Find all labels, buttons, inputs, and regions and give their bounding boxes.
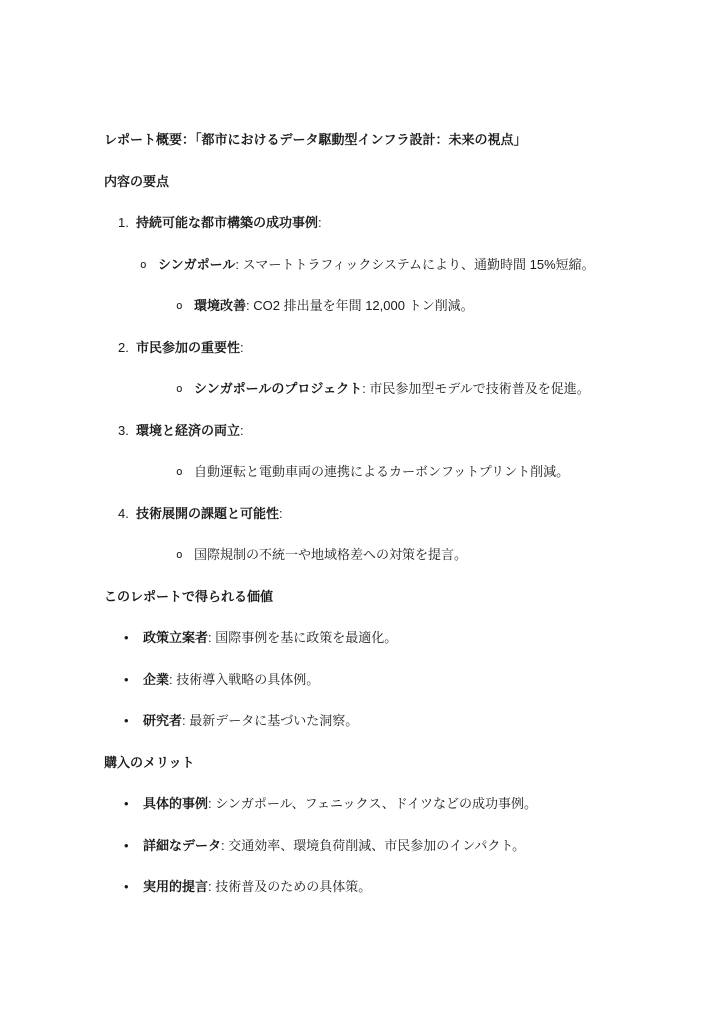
section-heading-value: このレポートで得られる価値 xyxy=(0,588,724,606)
circle-bullet-icon: o xyxy=(176,297,183,315)
dot-bullet-icon: • xyxy=(124,795,129,813)
list-number: 4. xyxy=(118,505,129,523)
list-number: 3. xyxy=(118,422,129,440)
sub-bullet-item: o 環境改善: CO2 排出量を年間 12,000 トン削減。 xyxy=(0,297,724,315)
sub-bullet-item: o 自動運転と電動車両の連携によるカーボンフットプリント削減。 xyxy=(0,463,724,481)
bullet-item-text: 詳細なデータ: 交通効率、環境負荷削減、市民参加のインパクト。 xyxy=(143,837,525,855)
bullet-item: • 政策立案者: 国際事例を基に政策を最適化。 xyxy=(0,629,724,647)
numbered-item-text: 市民参加の重要性: xyxy=(136,339,244,357)
bullet-item-text: 政策立案者: 国際事例を基に政策を最適化。 xyxy=(143,629,397,647)
bullet-item-text: 研究者: 最新データに基づいた洞察。 xyxy=(143,712,358,730)
sub-bullet-text: 自動運転と電動車両の連携によるカーボンフットプリント削減。 xyxy=(194,463,569,481)
list-number: 1. xyxy=(118,214,129,232)
circle-bullet-icon: o xyxy=(176,380,183,398)
bullet-item-text: 企業: 技術導入戦略の具体例。 xyxy=(143,671,319,689)
dot-bullet-icon: • xyxy=(124,629,129,647)
numbered-item-text: 持続可能な都市構築の成功事例: xyxy=(136,214,322,232)
dot-bullet-icon: • xyxy=(124,712,129,730)
dot-bullet-icon: • xyxy=(124,671,129,689)
circle-bullet-icon: o xyxy=(140,256,147,274)
doc-title-text: レポート概要：「都市におけるデータ駆動型インフラ設計：未来の視点」 xyxy=(104,131,527,149)
section-heading-contents: 内容の要点 xyxy=(0,173,724,191)
bullet-item: • 詳細なデータ: 交通効率、環境負荷削減、市民参加のインパクト。 xyxy=(0,837,724,855)
dot-bullet-icon: • xyxy=(124,837,129,855)
numbered-item-text: 環境と経済の両立: xyxy=(136,422,244,440)
list-number: 2. xyxy=(118,339,129,357)
sub-bullet-text: 環境改善: CO2 排出量を年間 12,000 トン削減。 xyxy=(194,297,474,315)
numbered-item-3: 3. 環境と経済の両立: xyxy=(0,422,724,440)
bullet-item: • 具体的事例: シンガポール、フェニックス、ドイツなどの成功事例。 xyxy=(0,795,724,813)
bullet-item-text: 具体的事例: シンガポール、フェニックス、ドイツなどの成功事例。 xyxy=(143,795,537,813)
sub-bullet-item: o 国際規制の不統一や地域格差への対策を提言。 xyxy=(0,546,724,564)
doc-title: レポート概要：「都市におけるデータ駆動型インフラ設計：未来の視点」 xyxy=(0,131,724,149)
section-heading-merits: 購入のメリット xyxy=(0,754,724,772)
bullet-item-text: 実用的提言: 技術普及のための具体策。 xyxy=(143,878,371,896)
document-page: レポート概要：「都市におけるデータ駆動型インフラ設計：未来の視点」 内容の要点 … xyxy=(0,0,724,1024)
sub-bullet-text: シンガポール: スマートトラフィックシステムにより、通勤時間 15%短縮。 xyxy=(158,256,595,274)
circle-bullet-icon: o xyxy=(176,546,183,564)
sub-bullet-item: o シンガポールのプロジェクト: 市民参加型モデルで技術普及を促進。 xyxy=(0,380,724,398)
sub-bullet-text: 国際規制の不統一や地域格差への対策を提言。 xyxy=(194,546,467,564)
bullet-item: • 企業: 技術導入戦略の具体例。 xyxy=(0,671,724,689)
sub-bullet-text: シンガポールのプロジェクト: 市民参加型モデルで技術普及を促進。 xyxy=(194,380,590,398)
section-heading-text: このレポートで得られる価値 xyxy=(104,588,273,606)
section-heading-text: 内容の要点 xyxy=(104,173,169,191)
circle-bullet-icon: o xyxy=(176,463,183,481)
numbered-item-4: 4. 技術展開の課題と可能性: xyxy=(0,505,724,523)
bullet-item: • 実用的提言: 技術普及のための具体策。 xyxy=(0,878,724,896)
numbered-item-1: 1. 持続可能な都市構築の成功事例: xyxy=(0,214,724,232)
dot-bullet-icon: • xyxy=(124,878,129,896)
sub-bullet-item: o シンガポール: スマートトラフィックシステムにより、通勤時間 15%短縮。 xyxy=(0,256,724,274)
section-heading-text: 購入のメリット xyxy=(104,754,194,772)
numbered-item-2: 2. 市民参加の重要性: xyxy=(0,339,724,357)
numbered-item-text: 技術展開の課題と可能性: xyxy=(136,505,283,523)
bullet-item: • 研究者: 最新データに基づいた洞察。 xyxy=(0,712,724,730)
